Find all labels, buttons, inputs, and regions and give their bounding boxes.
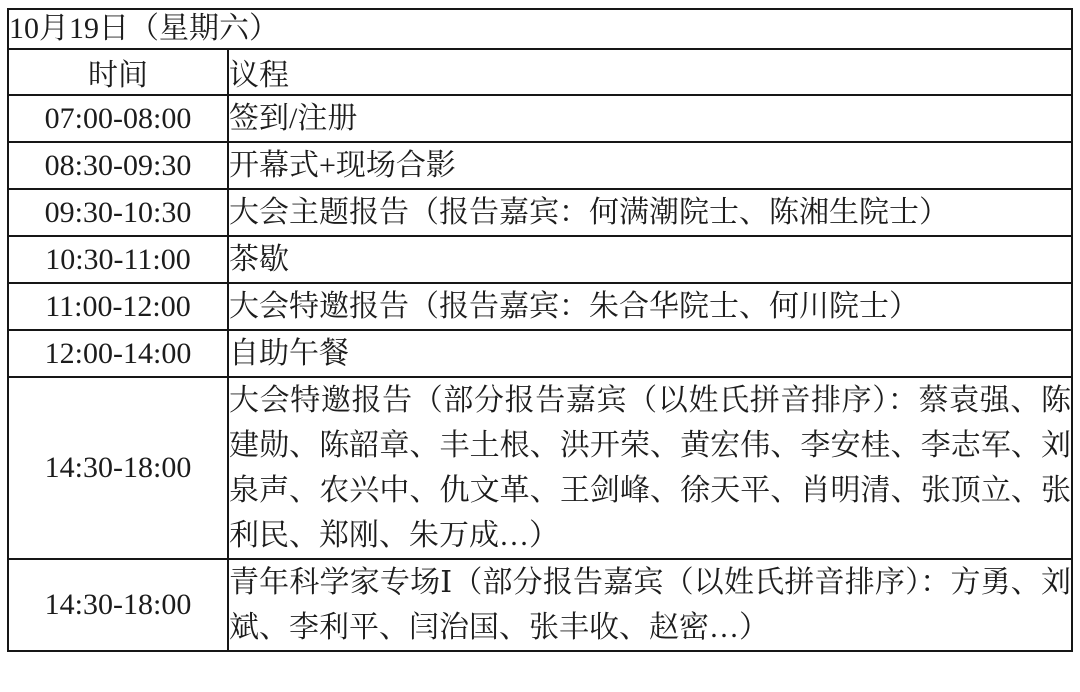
header-row: 时间 议程 [8,49,1072,95]
agenda-cell: 签到/注册 [228,95,1072,142]
schedule-body: 07:00-08:00 签到/注册 08:30-09:30 开幕式+现场合影 0… [8,95,1072,651]
time-cell: 07:00-08:00 [8,95,228,142]
schedule-row: 10:30-11:00 茶歇 [8,236,1072,283]
time-cell: 10:30-11:00 [8,236,228,283]
date-title-row: 10月19日（星期六） [8,9,1072,49]
time-cell: 11:00-12:00 [8,283,228,330]
time-cell: 12:00-14:00 [8,330,228,377]
agenda-cell: 茶歇 [228,236,1072,283]
agenda-cell: 开幕式+现场合影 [228,142,1072,189]
time-cell: 14:30-18:00 [8,377,228,559]
schedule-row: 07:00-08:00 签到/注册 [8,95,1072,142]
agenda-cell: 自助午餐 [228,330,1072,377]
agenda-cell: 大会主题报告（报告嘉宾：何满潮院士、陈湘生院士） [228,189,1072,236]
date-title: 10月19日（星期六） [8,9,1072,49]
schedule-row: 11:00-12:00 大会特邀报告（报告嘉宾：朱合华院士、何川院士） [8,283,1072,330]
schedule-row: 09:30-10:30 大会主题报告（报告嘉宾：何满潮院士、陈湘生院士） [8,189,1072,236]
time-cell: 14:30-18:00 [8,559,228,651]
agenda-cell: 青年科学家专场Ⅰ（部分报告嘉宾（以姓氏拼音排序）：方勇、刘斌、李利平、闫治国、张… [228,559,1072,651]
agenda-cell: 大会特邀报告（报告嘉宾：朱合华院士、何川院士） [228,283,1072,330]
agenda-cell: 大会特邀报告（部分报告嘉宾（以姓氏拼音排序）：蔡袁强、陈建勋、陈韶章、丰土根、洪… [228,377,1072,559]
conference-schedule-table: 10月19日（星期六） 时间 议程 07:00-08:00 签到/注册 08:3… [7,8,1073,652]
schedule-row: 14:30-18:00 青年科学家专场Ⅰ（部分报告嘉宾（以姓氏拼音排序）：方勇、… [8,559,1072,651]
schedule-row: 08:30-09:30 开幕式+现场合影 [8,142,1072,189]
column-header-agenda: 议程 [228,49,1072,95]
time-cell: 09:30-10:30 [8,189,228,236]
time-cell: 08:30-09:30 [8,142,228,189]
schedule-row: 12:00-14:00 自助午餐 [8,330,1072,377]
schedule-row: 14:30-18:00 大会特邀报告（部分报告嘉宾（以姓氏拼音排序）：蔡袁强、陈… [8,377,1072,559]
column-header-time: 时间 [8,49,228,95]
